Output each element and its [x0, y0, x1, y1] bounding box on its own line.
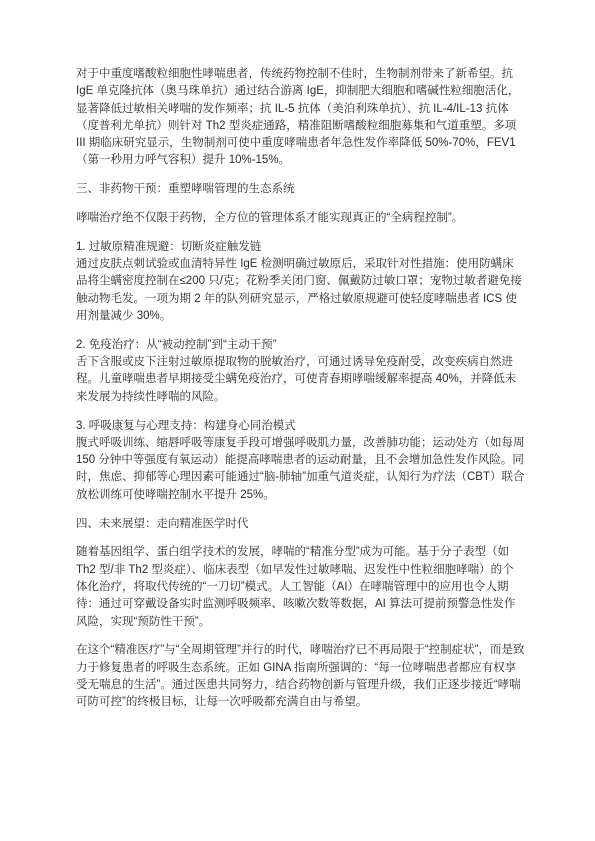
item-2-body: 舌下含服或皮下注射过敏原提取物的脱敏治疗，可通过诱导免疫耐受，改变疾病自然进程。… [76, 354, 525, 406]
section-4-paragraph-1: 随着基因组学、蛋白组学技术的发展，哮喘的“精准分型”成为可能。基于分子表型（如 … [76, 544, 525, 630]
section-4-paragraph-2: 在这个“精准医疗”与“全周期管理”并行的时代，哮喘治疗已不再局限于“控制症状”，… [76, 642, 525, 711]
item-1-body: 通过皮肤点刺试验或血清特异性 IgE 检测明确过敏原后，采取针对性措施：使用防螨… [76, 256, 525, 325]
item-2-title: 2. 免疫治疗：从“被动控制”到“主动干预” [76, 337, 525, 354]
document-page: 对于中重度嗜酸粒细胞性哮喘患者，传统药物控制不佳时，生物制剂带来了新希望。抗 I… [0, 0, 595, 712]
section-3-item-1: 1. 过敏原精准规避：切断炎症触发链 通过皮肤点刺试验或血清特异性 IgE 检测… [76, 239, 525, 325]
item-3-body: 腹式呼吸训练、缩唇呼吸等康复手段可增强呼吸肌力量，改善肺功能；运动处方（如每周 … [76, 435, 525, 504]
section-3-heading: 三、非药物干预：重塑哮喘管理的生态系统 [76, 181, 525, 198]
section-3-item-3: 3. 呼吸康复与心理支持：构建身心同治模式 腹式呼吸训练、缩唇呼吸等康复手段可增… [76, 418, 525, 504]
section-3-item-2: 2. 免疫治疗：从“被动控制”到“主动干预” 舌下含服或皮下注射过敏原提取物的脱… [76, 337, 525, 406]
item-3-title: 3. 呼吸康复与心理支持：构建身心同治模式 [76, 418, 525, 435]
section-3-lead-paragraph: 哮喘治疗绝不仅限于药物，全方位的管理体系才能实现真正的“全病程控制”。 [76, 210, 525, 227]
intro-paragraph: 对于中重度嗜酸粒细胞性哮喘患者，传统药物控制不佳时，生物制剂带来了新希望。抗 I… [76, 66, 525, 170]
item-1-title: 1. 过敏原精准规避：切断炎症触发链 [76, 239, 525, 256]
section-4-heading: 四、未来展望：走向精准医学时代 [76, 516, 525, 533]
